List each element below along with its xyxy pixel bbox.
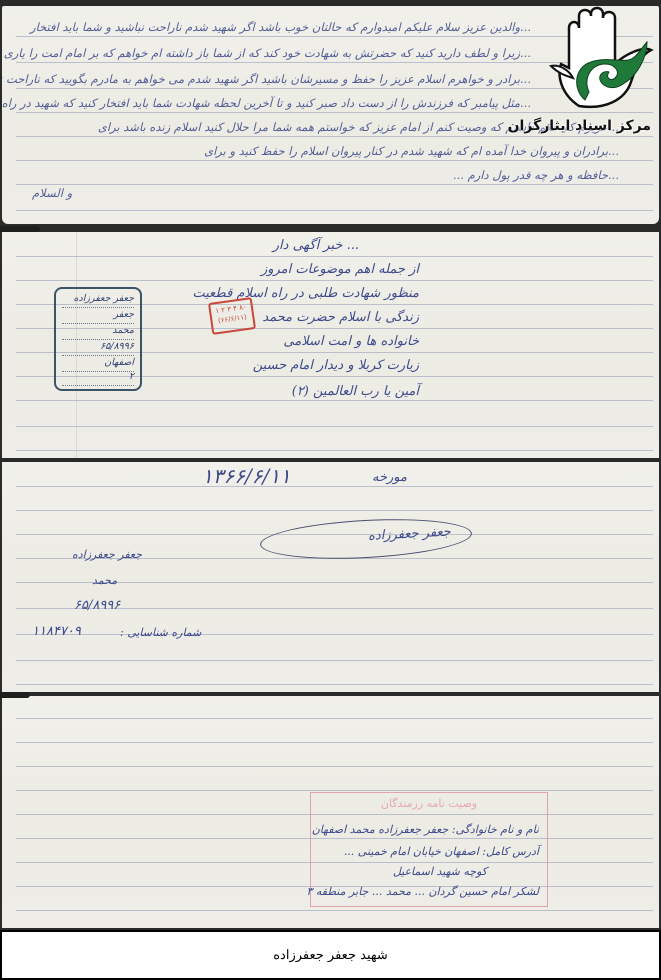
caption-bar: شهید جعفر جعفرزاده [0, 930, 661, 980]
will-date: ۱۳۶۶/۶/۱۱ [202, 464, 291, 488]
form-row: کوچه شهید اسماعیل [393, 865, 487, 878]
form-row: نام و نام خانوادگی: جعفر جعفرزاده محمد ا… [312, 823, 539, 836]
stamp-value: اصفهان [104, 357, 134, 368]
logo-text: مرکز اسناد ایثارگران [508, 118, 651, 134]
form-row: آدرس کامل: اصفهان خیابان امام خمینی ... [344, 845, 539, 858]
hand-dove-icon [539, 6, 655, 134]
handwritten-line: خانواده ها و امت اسلامی [283, 334, 419, 349]
handwritten-line: ...زیرا و لطف دارید کنید که حضرتش به شها… [2, 46, 531, 60]
handwritten-line: ...حافظه و هر چه قدر پول دارم ... [453, 168, 619, 182]
handwritten-line: از جمله اهم موضوعات امروز [261, 262, 419, 277]
date-stamp: ۸۰ ۴ ۳ ۲ ۱ (۶۶/۶/۱۱) [208, 297, 256, 335]
archive-logo: مرکز اسناد ایثارگران [539, 6, 655, 134]
signature-text: جعفر جعفرزاده [368, 525, 451, 544]
stamp-value: جعفر جعفرزاده [74, 293, 134, 304]
paper-fold [0, 226, 40, 232]
paper-fold [0, 692, 30, 698]
caption-text: شهید جعفر جعفرزاده [273, 948, 388, 963]
stamp-value: محمد [112, 325, 134, 336]
handwritten-line: ...والدین عزیز سلام علیکم امیدوارم که حا… [30, 20, 531, 34]
stamp-value: جعفر [113, 309, 134, 320]
note-number: ۶۵/۸۹۹۶ [74, 598, 120, 613]
scanned-document: ...والدین عزیز سلام علیکم امیدوارم که حا… [0, 0, 661, 930]
document-page-3: مورخه ۱۳۶۶/۶/۱۱ جعفر جعفرزاده محمد ۶۵/۸۹… [2, 462, 659, 692]
will-form-stamp: وصیت نامه رزمندگان نام و نام خانوادگی: ج… [310, 792, 548, 907]
will-heading: ... خبر آگهی دار [273, 238, 359, 253]
handwritten-closing: و السلام [32, 186, 72, 200]
stamp-title: وصیت نامه رزمندگان [311, 797, 547, 810]
stamp-value: ۲ [129, 371, 134, 382]
note-name: جعفر جعفرزاده [72, 548, 142, 561]
note-id-value: ۱۱۸۴۷۰۹ [32, 624, 81, 639]
handwritten-line: زندگی با اسلام حضرت محمد [262, 310, 419, 325]
handwritten-line: ...برادر و خواهرم اسلام عزیز را حفظ و مس… [2, 72, 531, 86]
handwritten-line: زیارت کربلا و دیدار امام حسین [253, 358, 419, 373]
handwritten-line: ...مثل پیامبر که فرزندش را از دست داد صب… [2, 96, 531, 110]
stamp-value: ۶۵/۸۹۹۶ [100, 341, 134, 352]
handwritten-line: آمین یا رب العالمین (۲) [292, 384, 419, 399]
identity-stamp: جعفر جعفرزاده جعفر محمد ۶۵/۸۹۹۶ اصفهان ۲ [54, 287, 142, 391]
handwritten-line: ...برادران و پیروان خدا آمده ام که شهید … [204, 144, 619, 158]
note-id-label: شماره شناسایی : [120, 626, 201, 639]
note-father: محمد [92, 574, 117, 587]
form-row: لشکر امام حسین گردان ... محمد ... جابر م… [306, 885, 539, 898]
handwritten-line: منظور شهادت طلبی در راه اسلام قطعیت [192, 286, 419, 301]
date-label: مورخه [372, 470, 407, 485]
